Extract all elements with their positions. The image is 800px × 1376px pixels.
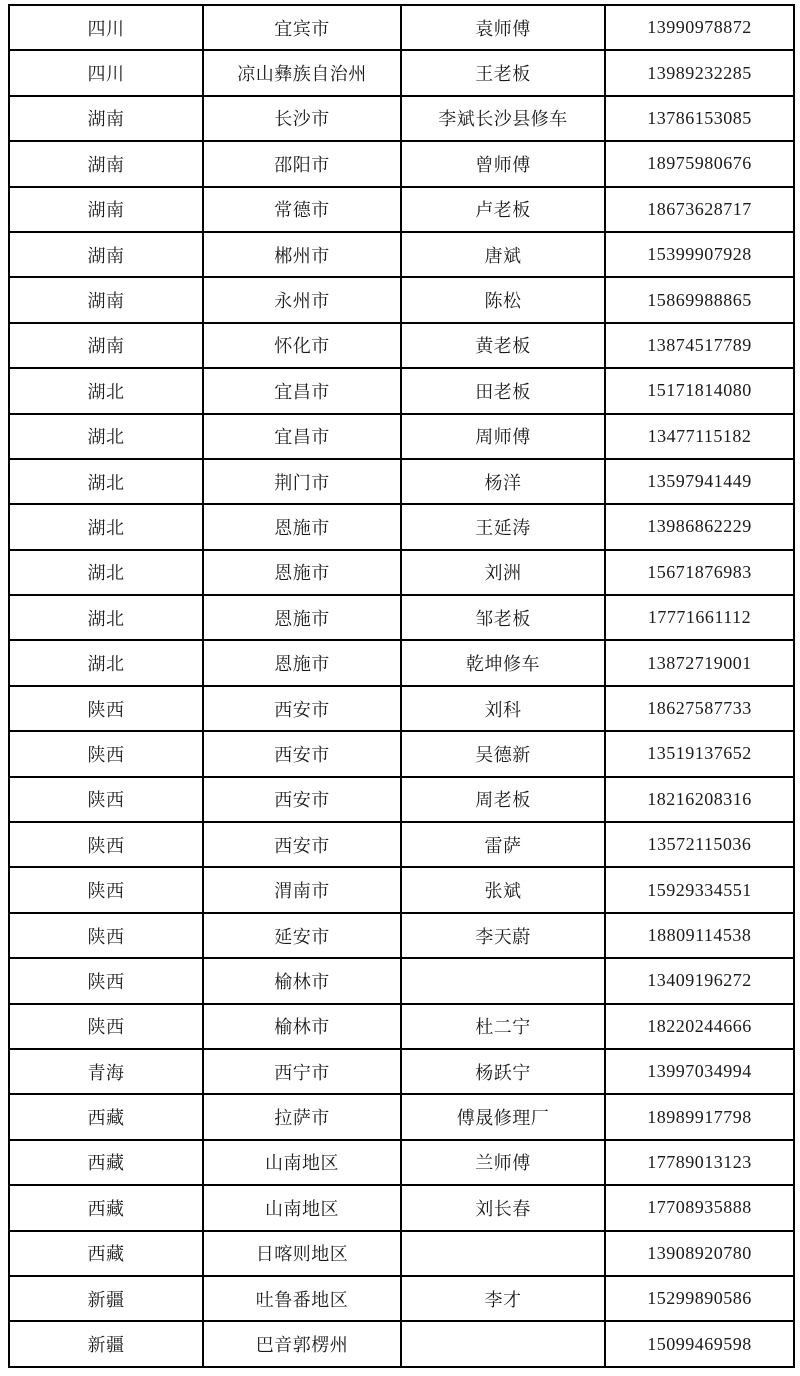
cell-province: 湖南: [9, 232, 203, 277]
cell-city: 西宁市: [203, 1049, 401, 1094]
document-page: 四川宜宾市袁师傅13990978872四川凉山彝族自治州王老板139892322…: [0, 0, 800, 1376]
cell-phone: 13872719001: [605, 640, 794, 685]
table-row: 四川宜宾市袁师傅13990978872: [9, 5, 794, 50]
table-row: 西藏山南地区刘长春17708935888: [9, 1185, 794, 1230]
cell-city: 常德市: [203, 187, 401, 232]
cell-province: 湖南: [9, 187, 203, 232]
table-row: 湖南郴州市唐斌15399907928: [9, 232, 794, 277]
cell-city: 恩施市: [203, 504, 401, 549]
table-row: 湖北荆门市杨洋13597941449: [9, 459, 794, 504]
table-row: 新疆吐鲁番地区李才15299890586: [9, 1276, 794, 1321]
cell-province: 陕西: [9, 777, 203, 822]
cell-province: 西藏: [9, 1231, 203, 1276]
cell-province: 陕西: [9, 958, 203, 1003]
cell-name: 刘长春: [401, 1185, 605, 1230]
cell-city: 延安市: [203, 913, 401, 958]
table-row: 湖南永州市陈松15869988865: [9, 277, 794, 322]
table-row: 湖北恩施市乾坤修车13872719001: [9, 640, 794, 685]
cell-city: 西安市: [203, 731, 401, 776]
cell-phone: 17708935888: [605, 1185, 794, 1230]
table-row: 新疆巴音郭楞州15099469598: [9, 1321, 794, 1367]
cell-province: 四川: [9, 5, 203, 50]
table-row: 湖北宜昌市田老板15171814080: [9, 368, 794, 413]
cell-phone: 13874517789: [605, 323, 794, 368]
table-row: 陕西榆林市杜二宁18220244666: [9, 1004, 794, 1049]
table-row: 湖北恩施市王延涛13986862229: [9, 504, 794, 549]
table-row: 陕西延安市李天蔚18809114538: [9, 913, 794, 958]
cell-city: 宜昌市: [203, 368, 401, 413]
cell-name: 兰师傅: [401, 1140, 605, 1185]
table-row: 陕西西安市周老板18216208316: [9, 777, 794, 822]
cell-name: 黄老板: [401, 323, 605, 368]
table-row: 湖北恩施市刘洲15671876983: [9, 550, 794, 595]
table-row: 湖南怀化市黄老板13874517789: [9, 323, 794, 368]
cell-province: 陕西: [9, 867, 203, 912]
cell-city: 恩施市: [203, 595, 401, 640]
cell-city: 郴州市: [203, 232, 401, 277]
cell-name: 唐斌: [401, 232, 605, 277]
cell-province: 新疆: [9, 1321, 203, 1367]
cell-phone: 13990978872: [605, 5, 794, 50]
contacts-table-body: 四川宜宾市袁师傅13990978872四川凉山彝族自治州王老板139892322…: [9, 5, 794, 1367]
table-row: 陕西西安市吴德新13519137652: [9, 731, 794, 776]
cell-city: 日喀则地区: [203, 1231, 401, 1276]
cell-province: 湖南: [9, 96, 203, 141]
cell-phone: 18975980676: [605, 141, 794, 186]
cell-phone: 13597941449: [605, 459, 794, 504]
cell-phone: 18989917798: [605, 1094, 794, 1139]
cell-city: 永州市: [203, 277, 401, 322]
table-row: 湖北宜昌市周师傅13477115182: [9, 414, 794, 459]
cell-province: 四川: [9, 50, 203, 95]
table-row: 西藏日喀则地区13908920780: [9, 1231, 794, 1276]
cell-city: 荆门市: [203, 459, 401, 504]
cell-province: 湖北: [9, 640, 203, 685]
cell-phone: 13786153085: [605, 96, 794, 141]
cell-name: 张斌: [401, 867, 605, 912]
table-row: 陕西榆林市13409196272: [9, 958, 794, 1003]
cell-name: 刘洲: [401, 550, 605, 595]
cell-city: 西安市: [203, 777, 401, 822]
cell-city: 拉萨市: [203, 1094, 401, 1139]
cell-city: 西安市: [203, 822, 401, 867]
cell-city: 渭南市: [203, 867, 401, 912]
cell-phone: 15299890586: [605, 1276, 794, 1321]
cell-phone: 15171814080: [605, 368, 794, 413]
cell-phone: 17789013123: [605, 1140, 794, 1185]
cell-province: 陕西: [9, 686, 203, 731]
cell-city: 吐鲁番地区: [203, 1276, 401, 1321]
cell-name: 王老板: [401, 50, 605, 95]
cell-phone: 13409196272: [605, 958, 794, 1003]
cell-phone: 13986862229: [605, 504, 794, 549]
cell-province: 西藏: [9, 1140, 203, 1185]
cell-province: 新疆: [9, 1276, 203, 1321]
cell-phone: 15671876983: [605, 550, 794, 595]
cell-city: 榆林市: [203, 958, 401, 1003]
cell-city: 西安市: [203, 686, 401, 731]
cell-name: 吴德新: [401, 731, 605, 776]
cell-phone: 15929334551: [605, 867, 794, 912]
cell-name: [401, 1321, 605, 1367]
cell-phone: 13989232285: [605, 50, 794, 95]
cell-phone: 18216208316: [605, 777, 794, 822]
cell-province: 湖北: [9, 504, 203, 549]
cell-province: 西藏: [9, 1185, 203, 1230]
cell-phone: 13477115182: [605, 414, 794, 459]
cell-name: 雷萨: [401, 822, 605, 867]
table-row: 陕西西安市刘科18627587733: [9, 686, 794, 731]
cell-phone: 13519137652: [605, 731, 794, 776]
cell-city: 山南地区: [203, 1185, 401, 1230]
table-row: 青海西宁市杨跃宁13997034994: [9, 1049, 794, 1094]
table-row: 四川凉山彝族自治州王老板13989232285: [9, 50, 794, 95]
cell-province: 湖南: [9, 323, 203, 368]
cell-name: 杨洋: [401, 459, 605, 504]
cell-name: 乾坤修车: [401, 640, 605, 685]
cell-name: [401, 958, 605, 1003]
cell-city: 榆林市: [203, 1004, 401, 1049]
table-row: 陕西西安市雷萨13572115036: [9, 822, 794, 867]
cell-name: 刘科: [401, 686, 605, 731]
cell-phone: 18673628717: [605, 187, 794, 232]
cell-name: 杨跃宁: [401, 1049, 605, 1094]
cell-province: 湖北: [9, 595, 203, 640]
cell-province: 青海: [9, 1049, 203, 1094]
cell-province: 陕西: [9, 731, 203, 776]
cell-name: 袁师傅: [401, 5, 605, 50]
table-row: 湖南长沙市李斌长沙县修车13786153085: [9, 96, 794, 141]
cell-phone: 13572115036: [605, 822, 794, 867]
cell-city: 山南地区: [203, 1140, 401, 1185]
cell-name: 李斌长沙县修车: [401, 96, 605, 141]
cell-name: 曾师傅: [401, 141, 605, 186]
table-row: 湖南邵阳市曾师傅18975980676: [9, 141, 794, 186]
table-row: 湖南常德市卢老板18673628717: [9, 187, 794, 232]
cell-phone: 17771661112: [605, 595, 794, 640]
cell-city: 邵阳市: [203, 141, 401, 186]
cell-name: [401, 1231, 605, 1276]
cell-city: 恩施市: [203, 640, 401, 685]
contacts-table: 四川宜宾市袁师傅13990978872四川凉山彝族自治州王老板139892322…: [8, 4, 795, 1368]
cell-name: 杜二宁: [401, 1004, 605, 1049]
table-row: 湖北恩施市邹老板17771661112: [9, 595, 794, 640]
cell-phone: 15099469598: [605, 1321, 794, 1367]
cell-phone: 18809114538: [605, 913, 794, 958]
cell-province: 陕西: [9, 822, 203, 867]
cell-city: 巴音郭楞州: [203, 1321, 401, 1367]
cell-province: 湖北: [9, 459, 203, 504]
cell-phone: 15869988865: [605, 277, 794, 322]
cell-province: 湖北: [9, 368, 203, 413]
cell-phone: 15399907928: [605, 232, 794, 277]
cell-phone: 18220244666: [605, 1004, 794, 1049]
cell-city: 凉山彝族自治州: [203, 50, 401, 95]
cell-name: 李才: [401, 1276, 605, 1321]
cell-city: 宜昌市: [203, 414, 401, 459]
cell-phone: 13908920780: [605, 1231, 794, 1276]
cell-province: 西藏: [9, 1094, 203, 1139]
cell-city: 长沙市: [203, 96, 401, 141]
cell-province: 湖南: [9, 277, 203, 322]
cell-name: 王延涛: [401, 504, 605, 549]
cell-name: 邹老板: [401, 595, 605, 640]
cell-name: 田老板: [401, 368, 605, 413]
table-row: 西藏拉萨市傅晟修理厂18989917798: [9, 1094, 794, 1139]
cell-name: 周师傅: [401, 414, 605, 459]
cell-phone: 18627587733: [605, 686, 794, 731]
cell-city: 宜宾市: [203, 5, 401, 50]
cell-province: 陕西: [9, 1004, 203, 1049]
cell-city: 怀化市: [203, 323, 401, 368]
cell-name: 李天蔚: [401, 913, 605, 958]
cell-name: 陈松: [401, 277, 605, 322]
cell-name: 周老板: [401, 777, 605, 822]
cell-city: 恩施市: [203, 550, 401, 595]
cell-province: 湖北: [9, 414, 203, 459]
cell-name: 傅晟修理厂: [401, 1094, 605, 1139]
cell-province: 湖北: [9, 550, 203, 595]
cell-name: 卢老板: [401, 187, 605, 232]
cell-province: 陕西: [9, 913, 203, 958]
cell-phone: 13997034994: [605, 1049, 794, 1094]
cell-province: 湖南: [9, 141, 203, 186]
table-row: 陕西渭南市张斌15929334551: [9, 867, 794, 912]
table-row: 西藏山南地区兰师傅17789013123: [9, 1140, 794, 1185]
